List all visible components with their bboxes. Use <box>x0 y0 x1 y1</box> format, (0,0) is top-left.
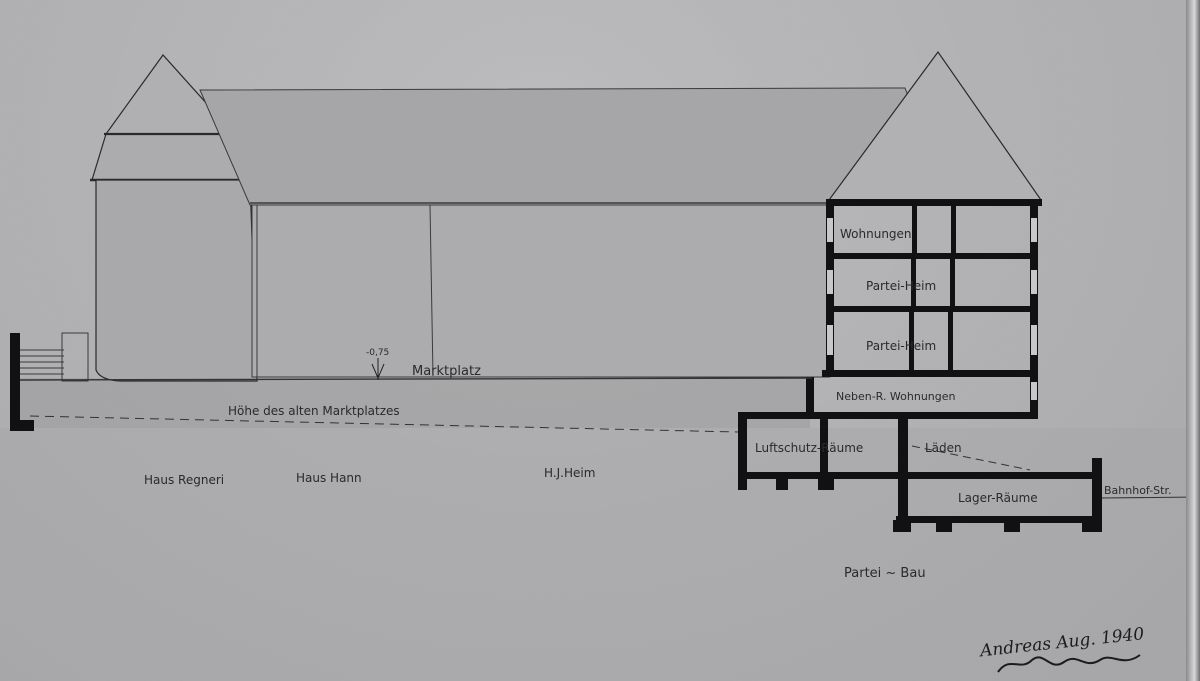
hj-heim-label: H.J.Heim <box>544 466 595 480</box>
house-hann-label: Haus Hann <box>296 471 362 485</box>
room-label-air-raid-shelter: Luftschutz-Räume <box>755 441 863 455</box>
street-label: Bahnhof-Str. <box>1104 484 1171 497</box>
old-marketplace-height-label: Höhe des alten Marktplatzes <box>228 404 400 418</box>
room-label-shops: Läden <box>925 441 962 455</box>
drawing-sheet: Wohnungen Partei-Heim Partei-Heim Neben-… <box>0 0 1200 681</box>
room-label-floor-2: Partei-Heim <box>866 339 936 353</box>
marketplace-label: Marktplatz <box>412 364 481 379</box>
house-regneri-label: Haus Regneri <box>144 473 224 487</box>
architectural-drawing: Wohnungen Partei-Heim Partei-Heim Neben-… <box>0 0 1200 681</box>
room-label-floor-1: Neben-R. Wohnungen <box>836 390 956 403</box>
room-label-floor-4: Wohnungen <box>840 227 912 241</box>
building-label: Partei ~ Bau <box>844 566 926 581</box>
room-label-floor-3: Partei-Heim <box>866 279 936 293</box>
room-label-storage: Lager-Räume <box>958 491 1038 505</box>
ground-band <box>20 378 810 428</box>
photo-frame-edge <box>1186 0 1200 681</box>
level-mark-label: -0,75 <box>366 348 389 358</box>
